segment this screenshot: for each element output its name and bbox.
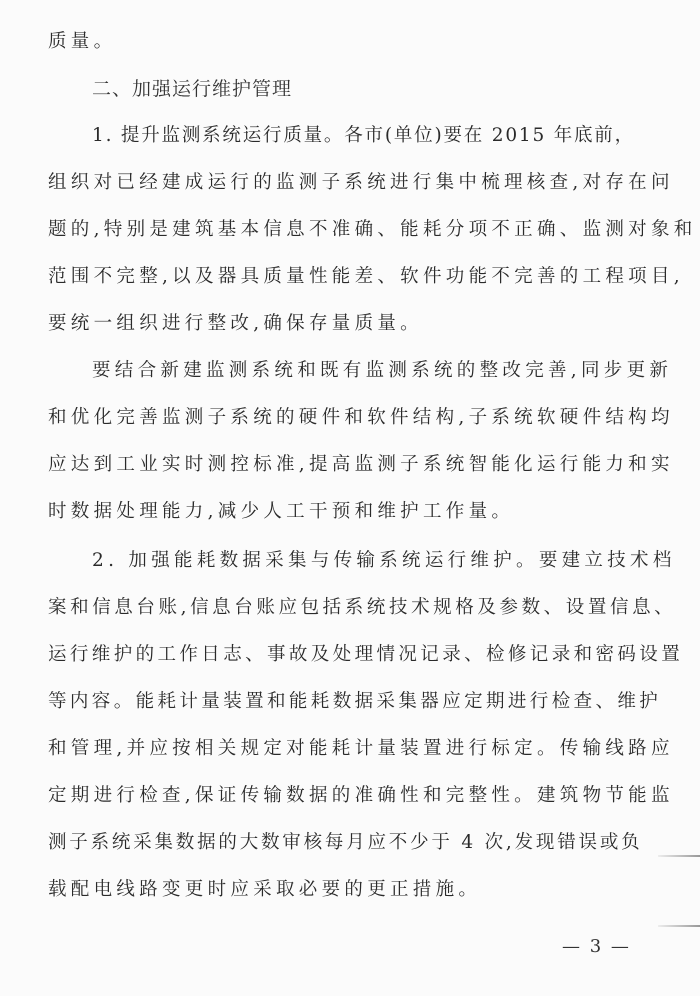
paragraph-line: 和管理,并应按相关规定对能耗计量装置进行标定。传输线路应: [48, 737, 648, 761]
paragraph-line: 时数据处理能力,减少人工干预和维护工作量。: [48, 500, 648, 524]
paragraph-line: 1. 提升监测系统运行质量。各市(单位)要在 2015 年底前，: [92, 124, 648, 148]
edge-mark: [658, 855, 700, 857]
paragraph-line: 载配电线路变更时应采取必要的更正措施。: [48, 878, 648, 902]
paragraph-line: 质量。: [48, 30, 648, 54]
paragraph-line: 2. 加强能耗数据采集与传输系统运行维护。要建立技术档: [92, 549, 648, 573]
paragraph-line: 案和信息台账,信息台账应包括系统技术规格及参数、设置信息、: [48, 596, 648, 620]
paragraph-line: 应达到工业实时测控标准,提高监测子系统智能化运行能力和实: [48, 453, 648, 477]
paragraph-line: 测子系统采集数据的大数审核每月应不少于 4 次,发现错误或负: [48, 831, 648, 855]
paragraph-line: 范围不完整,以及器具质量性能差、软件功能不完善的工程项目,: [48, 265, 648, 289]
paragraph-line: 和优化完善监测子系统的硬件和软件结构,子系统软硬件结构均: [48, 406, 648, 430]
paragraph-line: 组织对已经建成运行的监测子系统进行集中梳理核查,对存在问: [48, 171, 648, 195]
paragraph-line: 定期进行检查,保证传输数据的准确性和完整性。建筑物节能监: [48, 784, 648, 808]
paragraph-line: 题的,特别是建筑基本信息不准确、能耗分项不正确、监测对象和: [48, 218, 648, 242]
document-page: 质量。 二、加强运行维护管理 1. 提升监测系统运行质量。各市(单位)要在 20…: [0, 0, 700, 996]
paragraph-line: 要结合新建监测系统和既有监测系统的整改完善,同步更新: [92, 359, 648, 383]
paragraph-line: 运行维护的工作日志、事故及处理情况记录、检修记录和密码设置: [48, 643, 648, 667]
section-heading: 二、加强运行维护管理: [92, 77, 292, 101]
paragraph-line: 要统一组织进行整改,确保存量质量。: [48, 312, 648, 336]
paragraph-line: 等内容。能耗计量装置和能耗数据采集器应定期进行检查、维护: [48, 690, 648, 714]
page-number: — 3 —: [562, 935, 631, 959]
edge-mark: [658, 925, 700, 927]
